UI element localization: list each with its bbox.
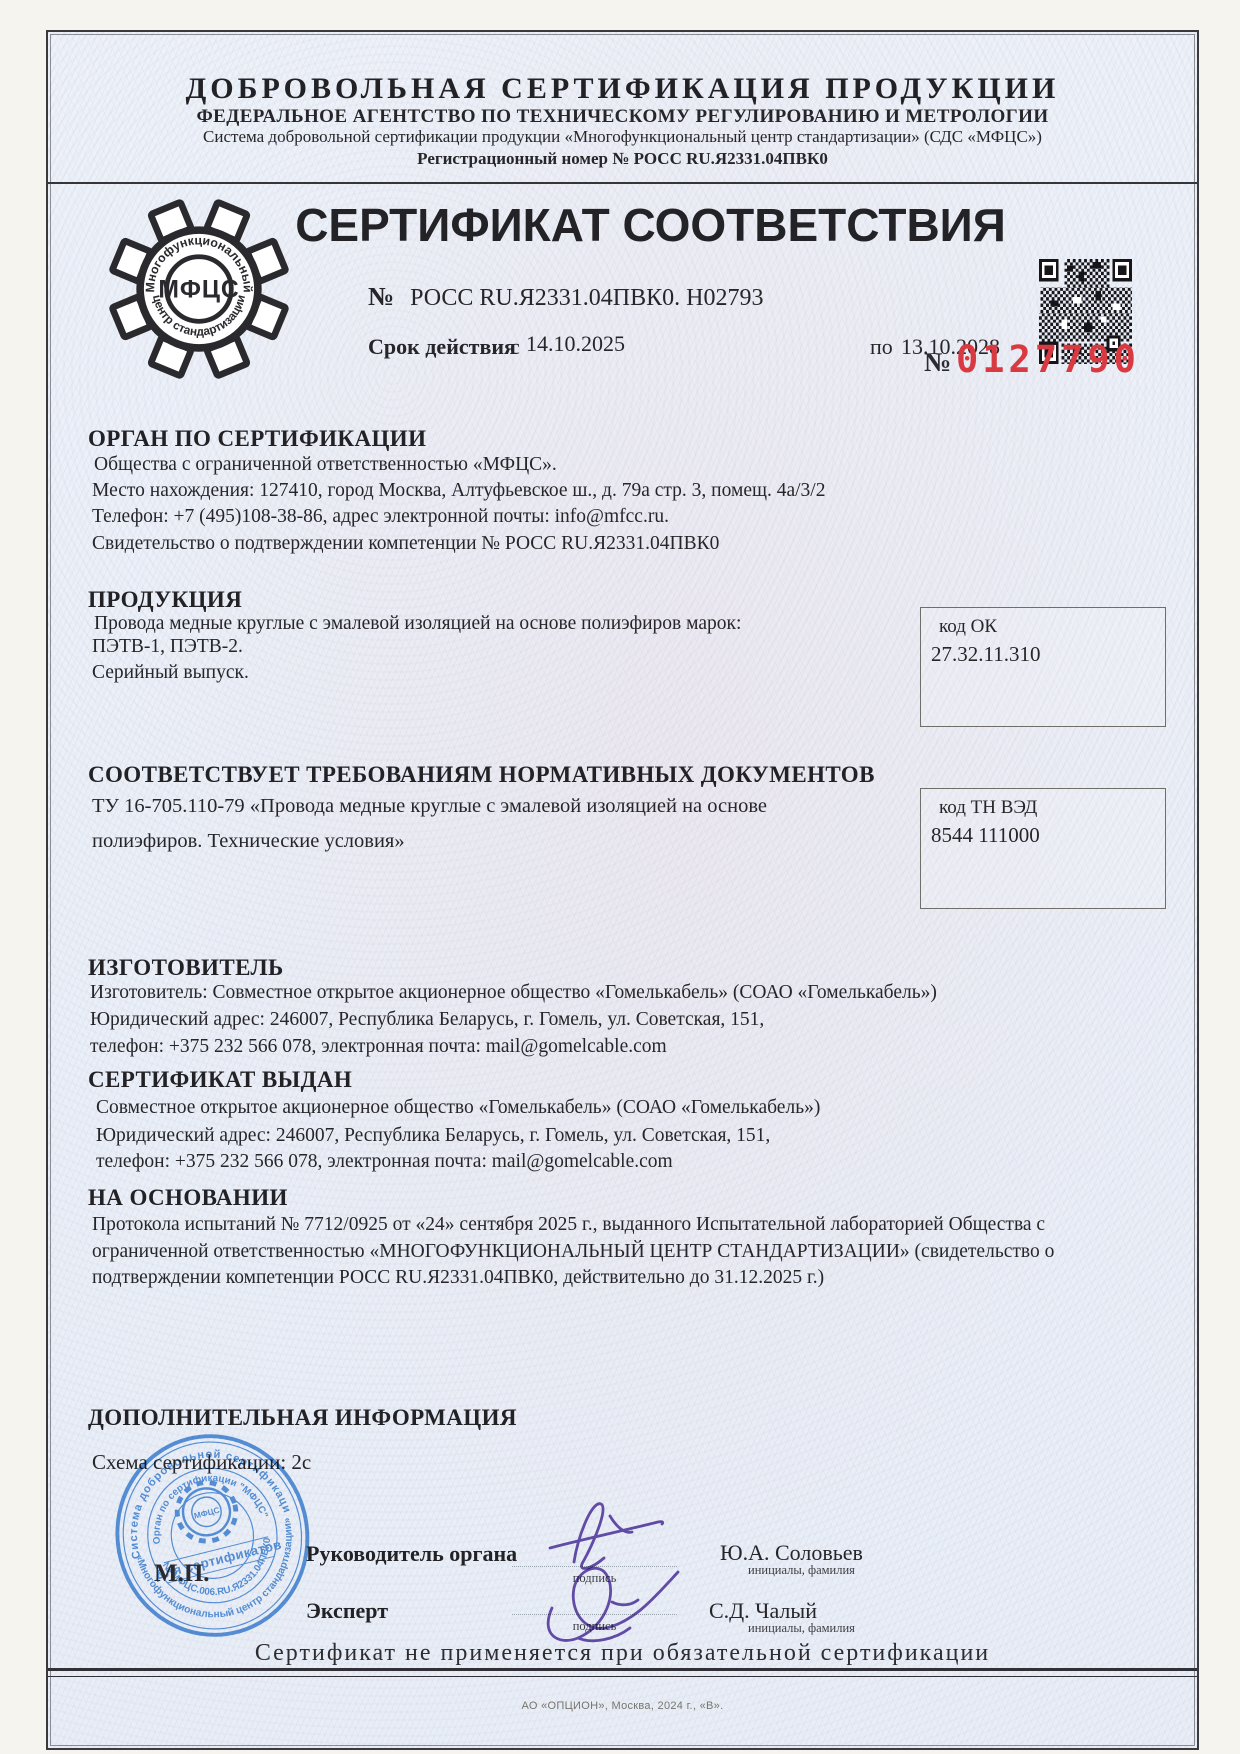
- validity-label: Срок действия: [368, 334, 516, 360]
- blank-number: 0127790: [956, 338, 1140, 381]
- body-line: Свидетельство о подтверждении компетенци…: [92, 533, 719, 555]
- stamp-place-mark: М.П.: [154, 1560, 210, 1588]
- valid-from-date: 14.10.2025: [526, 331, 625, 357]
- head-role-label: Руководитель органа: [306, 1541, 517, 1567]
- manufacturer-section-heading: ИЗГОТОВИТЕЛЬ: [88, 955, 284, 981]
- issued-section-heading: СЕРТИФИКАТ ВЫДАН: [88, 1067, 352, 1093]
- expert-signature-ink: [516, 1556, 701, 1652]
- certificate-sheet: ДОБРОВОЛЬНАЯ СЕРТИФИКАЦИЯ ПРОДУКЦИИ ФЕДЕ…: [46, 30, 1199, 1750]
- product-line: ПЭТВ-1, ПЭТВ-2.: [92, 636, 243, 658]
- basis-section-heading: НА ОСНОВАНИИ: [88, 1185, 288, 1211]
- basis-text: Протокола испытаний № 7712/0925 от «24» …: [92, 1212, 1154, 1292]
- header-rule: [48, 182, 1197, 184]
- valid-from-label: с: [510, 334, 520, 360]
- header-reg-number: Регистрационный номер № РОСС RU.Я2331.04…: [48, 149, 1197, 169]
- product-section-heading: ПРОДУКЦИЯ: [88, 587, 242, 613]
- ok-code-label: код ОК: [939, 616, 997, 638]
- issued-line: Юридический адрес: 246007, Республика Бе…: [96, 1125, 770, 1147]
- body-line: Телефон: +7 (495)108-38-86, адрес электр…: [92, 506, 669, 528]
- gear-logo-icon: Многофункциональный центр стандартизации…: [104, 192, 294, 387]
- expert-role-label: Эксперт: [306, 1598, 388, 1624]
- ok-code-value: 27.32.11.310: [931, 642, 1040, 667]
- valid-to-label: по: [870, 334, 893, 360]
- bottom-rule-thick: [48, 1668, 1197, 1671]
- tnved-code-value: 8544 111000: [931, 823, 1040, 848]
- manufacturer-line: телефон: +375 232 566 078, электронная п…: [90, 1036, 667, 1058]
- body-line: Место нахождения: 127410, город Москва, …: [92, 480, 825, 502]
- manufacturer-line: Изготовитель: Совместное открытое акцион…: [90, 982, 937, 1004]
- mfcs-logo: Многофункциональный центр стандартизации…: [104, 192, 294, 387]
- manufacturer-line: Юридический адрес: 246007, Республика Бе…: [90, 1009, 764, 1031]
- conformity-line: ТУ 16-705.110-79 «Провода медные круглые…: [92, 795, 767, 818]
- disclaimer-text: Сертификат не применяется при обязательн…: [48, 1640, 1197, 1667]
- conformity-line: полиэфиров. Технические условия»: [92, 830, 405, 853]
- body-section-heading: ОРГАН ПО СЕРТИФИКАЦИИ: [88, 426, 426, 452]
- product-line: Серийный выпуск.: [92, 662, 249, 684]
- header-system: Система добровольной сертификации продук…: [48, 127, 1197, 147]
- conformity-section-heading: СООТВЕТСТВУЕТ ТРЕБОВАНИЯМ НОРМАТИВНЫХ ДО…: [88, 762, 875, 788]
- logo-abbr-text: МФЦС: [158, 277, 239, 304]
- tnved-code-box: код ТН ВЭД 8544 111000: [920, 788, 1166, 909]
- name-caption: инициалы, фамилия: [748, 1621, 855, 1636]
- certificate-title: СЕРТИФИКАТ СООТВЕТСТВИЯ: [278, 198, 1023, 252]
- issued-line: телефон: +375 232 566 078, электронная п…: [96, 1151, 673, 1173]
- name-caption: инициалы, фамилия: [748, 1563, 855, 1578]
- certificate-number-line: №РОСС RU.Я2331.04ПВК0. Н02793: [368, 282, 763, 312]
- scanned-certificate-page: { "colors": { "blank_number_red": "#d93a…: [0, 0, 1240, 1754]
- print-imprint: АО «ОПЦИОН», Москва, 2024 г., «В».: [48, 1700, 1197, 1712]
- round-stamp: Система добровольной сертификации «Много…: [87, 1408, 337, 1663]
- body-line: Общества с ограниченной ответственностью…: [94, 454, 557, 476]
- blank-number-label: №: [924, 347, 951, 378]
- issued-line: Совместное открытое акционерное общество…: [96, 1097, 820, 1119]
- certificate-number: РОСС RU.Я2331.04ПВК0. Н02793: [410, 285, 763, 311]
- product-line: Провода медные круглые с эмалевой изоляц…: [94, 613, 741, 635]
- ok-code-box: код ОК 27.32.11.310: [920, 607, 1166, 727]
- header-agency: ФЕДЕРАЛЬНОЕ АГЕНТСТВО ПО ТЕХНИЧЕСКОМУ РЕ…: [48, 106, 1197, 128]
- additional-section-heading: ДОПОЛНИТЕЛЬНАЯ ИНФОРМАЦИЯ: [88, 1405, 517, 1431]
- bottom-rule-thin: [48, 1676, 1197, 1677]
- stamp-abbr-text: МФЦС: [193, 1505, 221, 1521]
- header-title: ДОБРОВОЛЬНАЯ СЕРТИФИКАЦИЯ ПРОДУКЦИИ: [48, 72, 1197, 106]
- tnved-code-label: код ТН ВЭД: [939, 797, 1037, 819]
- certificate-number-label: №: [368, 282, 394, 311]
